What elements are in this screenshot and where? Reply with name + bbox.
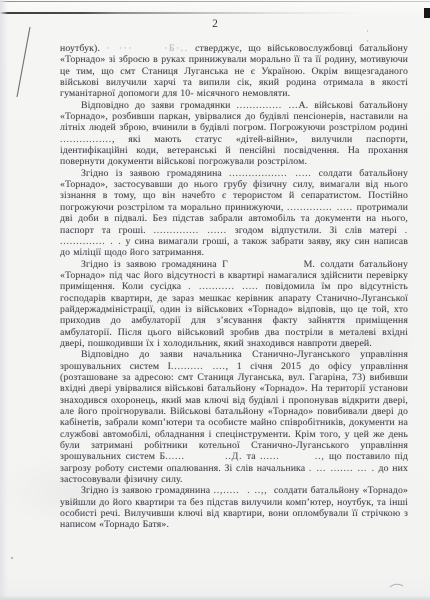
redacted-text: . ........... ..... [188, 281, 258, 292]
corner-ink-mark [424, 8, 430, 18]
bottom-scan-edge [0, 596, 430, 600]
text-segment: Згідно із заявою громадянина [81, 485, 213, 496]
scan-speck-dot [11, 557, 13, 559]
paragraph: Згідно із заявою громадянина ...........… [60, 168, 408, 259]
left-scan-edge [0, 0, 8, 600]
paragraph: Відповідно до заяви начальника Станично-… [60, 349, 408, 485]
text-segment: згодом відпустили. Зі слів матері [227, 225, 405, 236]
redacted-text: . ... ....... ... . [309, 463, 375, 474]
scan-top-edge-line [0, 1, 430, 2]
redacted-text: ..,..... . ..,, [213, 485, 267, 496]
redacted-text: .................. ..... [229, 168, 312, 179]
paragraph: Відповідно до заяви громадянки .........… [60, 100, 408, 168]
redacted-text: .............. ...... [154, 225, 227, 236]
redacted-text: .............. ..... [287, 202, 353, 213]
redacted-text: .............. ... [237, 100, 299, 111]
text-segment: ноутбук). [60, 43, 106, 54]
text-segment: Згідно із заявою громадянина [81, 168, 229, 179]
text-segment: Відповідно до заяви громадянки [81, 100, 237, 111]
text-segment: та [242, 451, 260, 462]
text-segment: , які мають статус «дітей-війни», вилучи… [60, 134, 408, 168]
redacted-text: ................ [60, 134, 112, 145]
redacted-text: .......... .... [171, 361, 226, 372]
paragraph: Згідно із заявою громадянина ..,..... . … [60, 485, 408, 530]
paragraph: Згідно із заявою громадянина Г М. солдат… [60, 259, 408, 350]
erased-faint-text: · ··· ·Б·.. [106, 43, 188, 54]
document-body: ноутбук). · ··· ·Б·.. стверджує, що війс… [60, 43, 408, 531]
bottom-squiggle-mark [390, 584, 403, 587]
redacted-text: ...... ..Д. [165, 451, 242, 462]
text-segment: , 1 січня 2015 до офісу управління (розт… [60, 361, 408, 463]
scan-torn-edge-line [0, 12, 372, 14]
scanned-document-page: 2 · · ноутбук). · ··· ·Б·.. стверджує, щ… [0, 0, 430, 600]
text-segment: Згідно із заявою громадянина Г [81, 259, 228, 270]
diagonal-pen-mark [17, 27, 30, 97]
redacted-text: ...... .., [260, 451, 325, 462]
text-segment [228, 259, 304, 270]
paragraph: ноутбук). · ··· ·Б·.. стверджує, що війс… [60, 43, 408, 100]
page-number: 2 [212, 18, 218, 30]
